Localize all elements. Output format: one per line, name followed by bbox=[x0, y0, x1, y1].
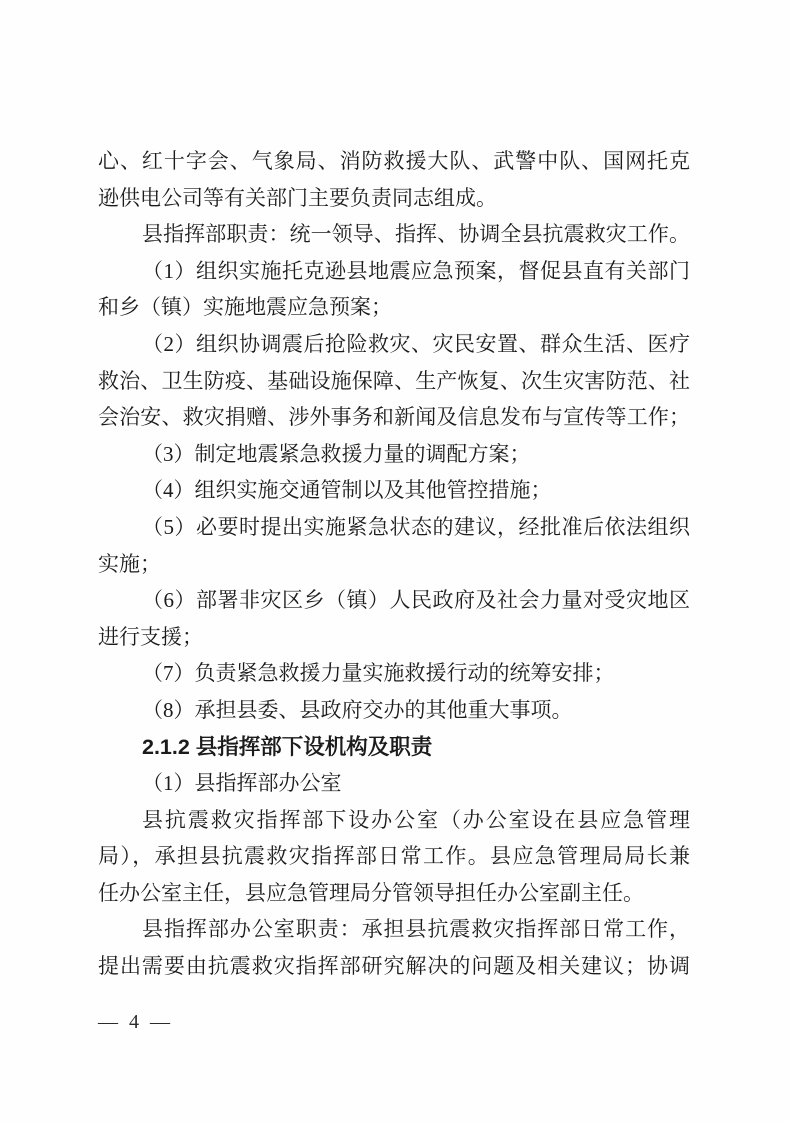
document-page: 心、红十字会、气象局、消防救援大队、武警中队、国网托克逊供电公司等有关部门主要负… bbox=[0, 0, 790, 1122]
text-line: （1）组织实施托克逊县地震应急预案，督促县直有关部门 bbox=[98, 253, 690, 290]
text-line: 救治、卫生防疫、基础设施保障、生产恢复、次生灾害防范、社 bbox=[98, 363, 690, 400]
text-line: 实施； bbox=[98, 546, 690, 583]
text-line: 提出需要由抗震救灾指挥部研究解决的问题及相关建议；协调 bbox=[98, 948, 690, 985]
section-heading: 2.1.2 县指挥部下设机构及职责 bbox=[98, 729, 690, 766]
text-line: 县指挥部职责：统一领导、指挥、协调全县抗震救灾工作。 bbox=[98, 216, 690, 253]
text-line: 会治安、救灾捐赠、涉外事务和新闻及信息发布与宣传等工作； bbox=[98, 399, 690, 436]
text-line: 心、红十字会、气象局、消防救援大队、武警中队、国网托克 bbox=[98, 143, 690, 180]
text-line: （2）组织协调震后抢险救灾、灾民安置、群众生活、医疗 bbox=[98, 326, 690, 363]
text-line: 和乡（镇）实施地震应急预案； bbox=[98, 289, 690, 326]
text-line: （6）部署非灾区乡（镇）人民政府及社会力量对受灾地区 bbox=[98, 582, 690, 619]
text-line: （7）负责紧急救援力量实施救援行动的统筹安排； bbox=[98, 655, 690, 692]
text-line: 局），承担县抗震救灾指挥部日常工作。县应急管理局局长兼 bbox=[98, 838, 690, 875]
text-line: （8）承担县委、县政府交办的其他重大事项。 bbox=[98, 692, 690, 729]
text-line: （5）必要时提出实施紧急状态的建议，经批准后依法组织 bbox=[98, 509, 690, 546]
text-line: 县抗震救灾指挥部下设办公室（办公室设在县应急管理 bbox=[98, 802, 690, 839]
text-line: 进行支援； bbox=[98, 619, 690, 656]
text-line: 逊供电公司等有关部门主要负责同志组成。 bbox=[98, 180, 690, 217]
document-body: 心、红十字会、气象局、消防救援大队、武警中队、国网托克逊供电公司等有关部门主要负… bbox=[98, 143, 690, 985]
text-line: （1）县指挥部办公室 bbox=[98, 765, 690, 802]
page-number: — 4 — bbox=[98, 1008, 173, 1036]
text-line: （3）制定地震紧急救援力量的调配方案； bbox=[98, 436, 690, 473]
text-line: 任办公室主任，县应急管理局分管领导担任办公室副主任。 bbox=[98, 875, 690, 912]
text-line: （4）组织实施交通管制以及其他管控措施； bbox=[98, 472, 690, 509]
text-line: 县指挥部办公室职责：承担县抗震救灾指挥部日常工作， bbox=[98, 911, 690, 948]
